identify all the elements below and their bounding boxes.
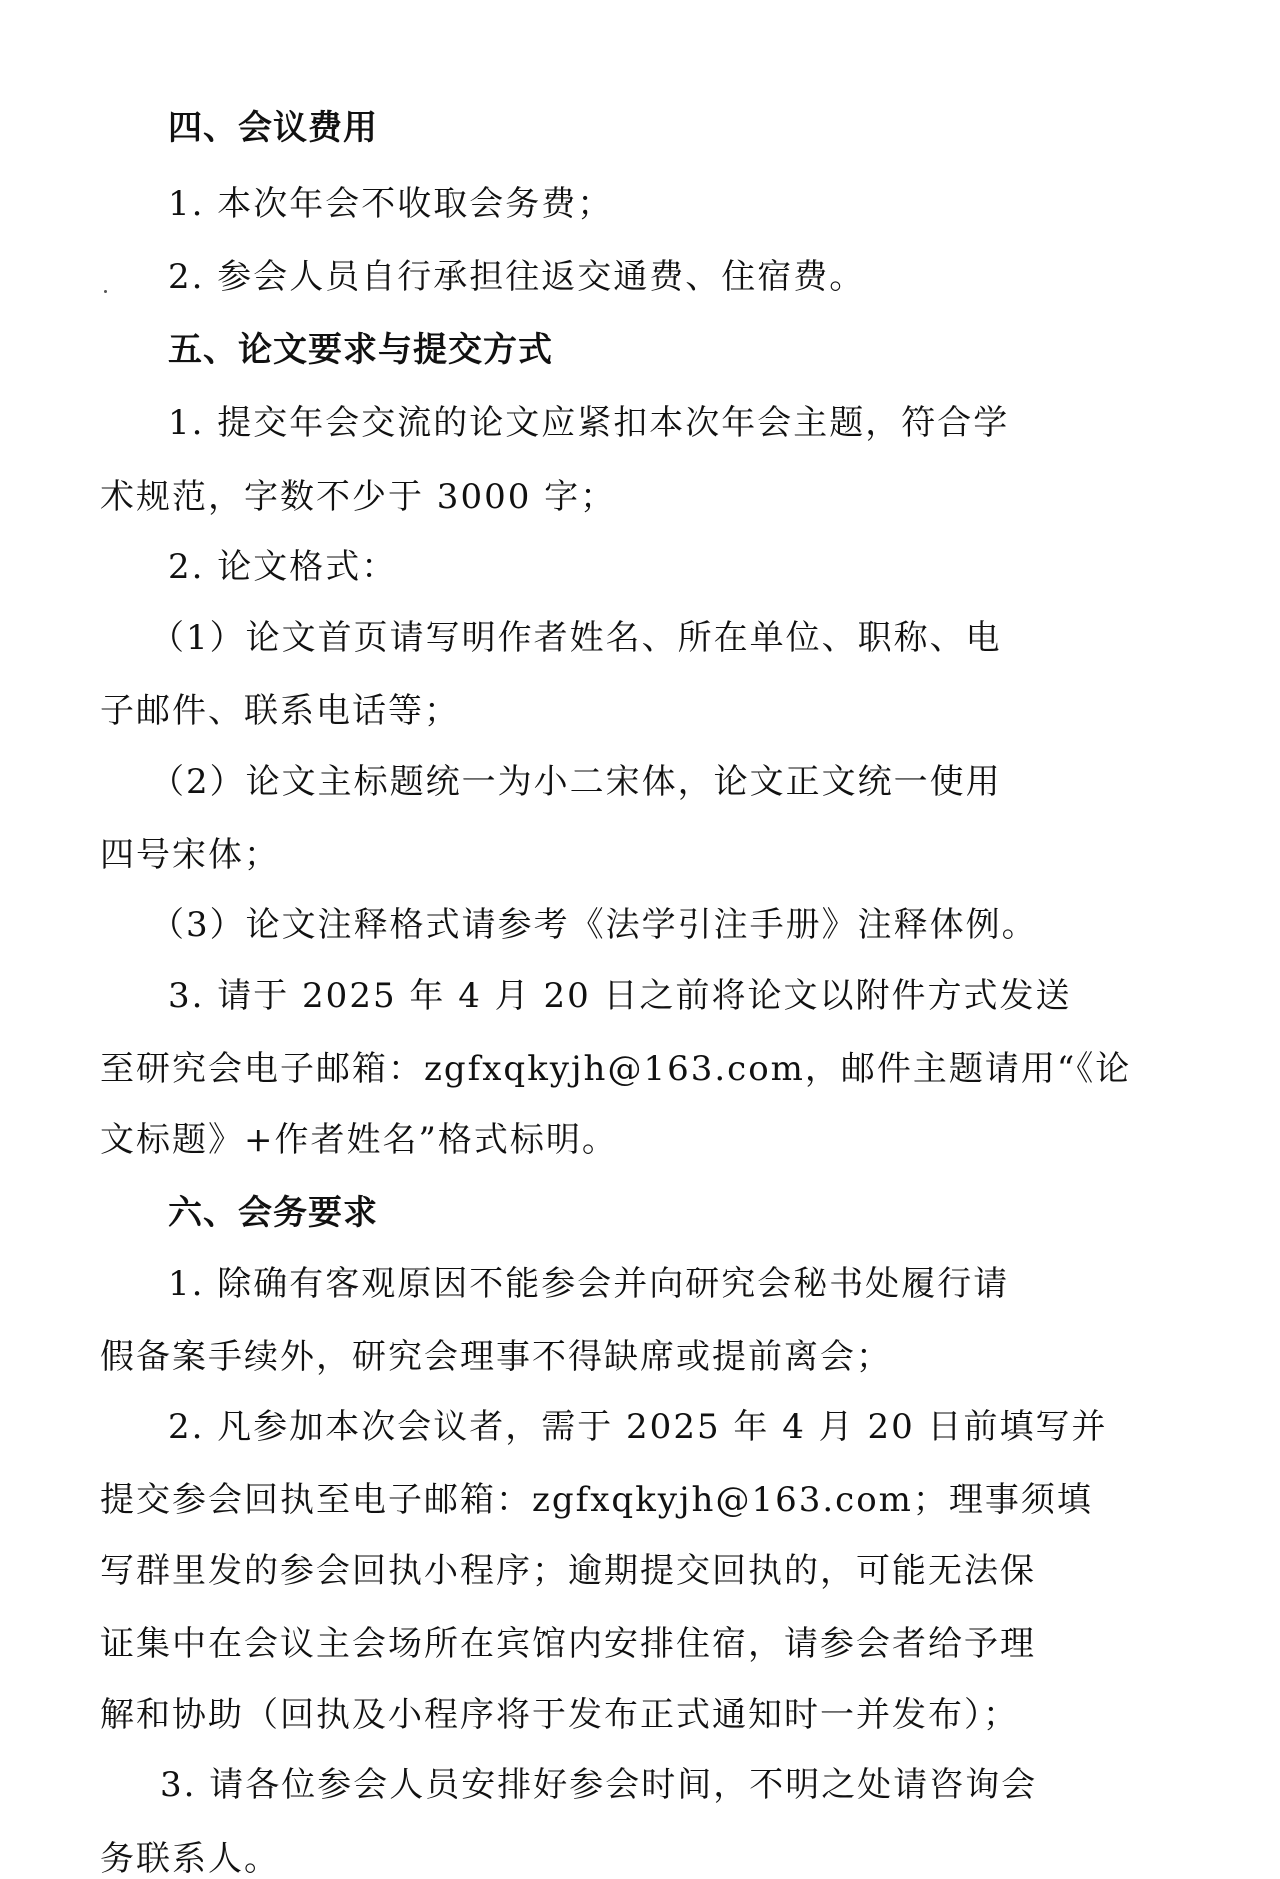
paper-item-1-line-1: 1. 提交年会交流的论文应紧扣本次年会主题，符合学: [168, 403, 1009, 443]
paper-item-3-line-3: 文标题》+作者姓名”格式标明。: [100, 1120, 618, 1160]
meeting-item-1-line-2: 假备案手续外，研究会理事不得缺席或提前离会；: [100, 1337, 892, 1377]
paper-item-2-format: 2. 论文格式：: [168, 547, 397, 587]
fees-item-2: 2. 参会人员自行承担往返交通费、住宿费。: [168, 257, 865, 297]
format-subitem-2-line-1: （2）论文主标题统一为小二宋体，论文正文统一使用: [150, 762, 1002, 802]
meeting-item-2-line-4: 证集中在会议主会场所在宾馆内安排住宿，请参会者给予理: [100, 1624, 1036, 1664]
scanned-document-page: 四、会议费用 1. 本次年会不收取会务费； 2. 参会人员自行承担往返交通费、住…: [0, 0, 1280, 1879]
section-heading-paper-requirements: 五、论文要求与提交方式: [168, 330, 553, 370]
meeting-item-2-line-5: 解和协助（回执及小程序将于发布正式通知时一并发布）；: [100, 1695, 1019, 1735]
meeting-item-3-line-1: 3. 请各位参会人员安排好参会时间，不明之处请咨询会: [160, 1765, 1037, 1805]
section-heading-fees: 四、会议费用: [168, 108, 378, 148]
meeting-item-2-line-2-email: 提交参会回执至电子邮箱：zgfxqkyjh@163.com；理事须填: [100, 1480, 1093, 1520]
format-subitem-3: （3）论文注释格式请参考《法学引注手册》注释体例。: [150, 905, 1038, 945]
meeting-item-1-line-1: 1. 除确有客观原因不能参会并向研究会秘书处履行请: [168, 1264, 1009, 1304]
format-subitem-1-line-2: 子邮件、联系电话等；: [100, 691, 460, 731]
paper-item-3-line-2-email: 至研究会电子邮箱：zgfxqkyjh@163.com，邮件主题请用“《论: [100, 1049, 1131, 1089]
paper-item-3-line-1: 3. 请于 2025 年 4 月 20 日之前将论文以附件方式发送: [168, 976, 1072, 1016]
section-heading-meeting-requirements: 六、会务要求: [168, 1193, 378, 1233]
format-subitem-2-line-2: 四号宋体；: [100, 835, 280, 875]
paper-item-1-line-2: 术规范，字数不少于 3000 字；: [100, 477, 616, 517]
meeting-item-2-line-1: 2. 凡参加本次会议者，需于 2025 年 4 月 20 日前填写并: [168, 1407, 1108, 1447]
fees-item-1: 1. 本次年会不收取会务费；: [168, 184, 613, 224]
meeting-item-2-line-3: 写群里发的参会回执小程序；逾期提交回执的，可能无法保: [100, 1551, 1036, 1591]
meeting-item-3-line-2: 务联系人。: [100, 1839, 280, 1879]
scan-speck: [104, 290, 107, 293]
format-subitem-1-line-1: （1）论文首页请写明作者姓名、所在单位、职称、电: [150, 618, 1002, 658]
